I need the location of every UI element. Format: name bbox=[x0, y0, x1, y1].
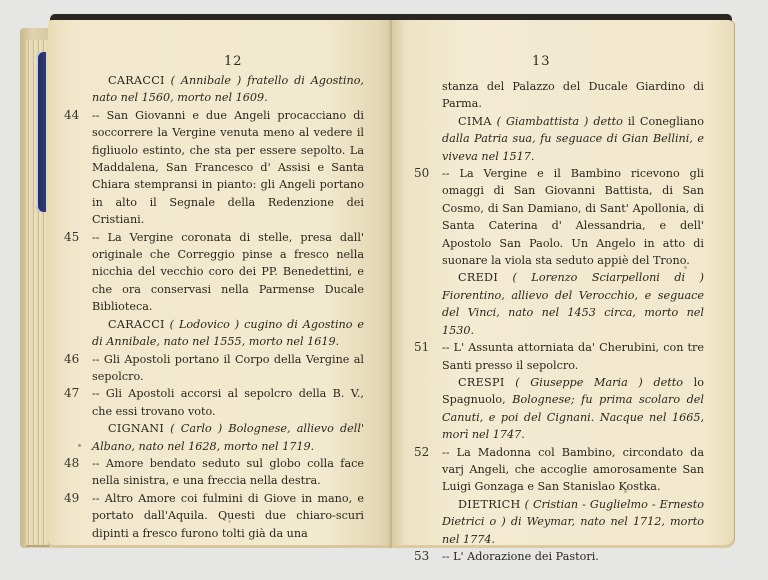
artist-heading: DIETRICH ( Cristian - Guglielmo - Ernest… bbox=[442, 496, 704, 548]
entry-description: -- San Giovanni e due Angeli procacciano… bbox=[92, 109, 364, 226]
catalog-entry: 45-- La Vergine coronata di stelle, pres… bbox=[92, 229, 364, 316]
artist-given-name: ( Annibale ) bbox=[165, 74, 241, 87]
entry-number: 47 bbox=[64, 385, 86, 402]
entry-number: 44 bbox=[64, 107, 86, 124]
artist-heading: CARACCI ( Lodovico ) cugino di Agostino … bbox=[92, 316, 364, 351]
foxing-spot bbox=[624, 490, 627, 493]
artist-name: CIGNANI bbox=[108, 422, 164, 435]
catalog-entry: 51-- L' Assunta attorniata da' Cherubini… bbox=[442, 339, 704, 374]
artist-given-name: ( Giuseppe Maria ) bbox=[505, 376, 643, 389]
continued-text: stanza del Palazzo del Ducale Giardino d… bbox=[442, 78, 704, 113]
catalog-entry: 53-- L' Adorazione dei Pastori. bbox=[442, 548, 704, 565]
artist-given-name: ( Lorenzo Sciarpelloni di ) bbox=[498, 271, 704, 284]
catalog-entry: 52-- La Madonna col Bambino, circondato … bbox=[442, 444, 704, 496]
catalog-entry: 50-- La Vergine e il Bambino ricevono gl… bbox=[442, 165, 704, 269]
foxing-spot bbox=[78, 444, 81, 447]
artist-heading: CIMA ( Giambattista ) detto il Coneglian… bbox=[442, 113, 704, 165]
entry-number: 52 bbox=[414, 444, 436, 461]
entry-description: -- L' Assunta attorniata da' Cherubini, … bbox=[442, 341, 704, 371]
page-text: stanza del Palazzo del Ducale Giardino d… bbox=[442, 78, 704, 565]
artist-given-name: ( Carlo ) bbox=[164, 422, 222, 435]
artist-name: CARACCI bbox=[108, 318, 165, 331]
page-text: CARACCI ( Annibale ) fratello di Agostin… bbox=[92, 72, 364, 542]
foxing-spot bbox=[228, 520, 231, 523]
artist-name: DIETRICH bbox=[458, 498, 521, 511]
foxing-spot bbox=[684, 266, 687, 269]
entry-description: -- L' Adorazione dei Pastori. bbox=[442, 550, 599, 563]
continued-text-body: stanza del Palazzo del Ducale Giardino d… bbox=[442, 80, 704, 110]
catalog-entry: 46-- Gli Apostoli portano il Corpo della… bbox=[92, 351, 364, 386]
open-book: 12 CARACCI ( Annibale ) fratello di Agos… bbox=[0, 0, 768, 580]
catalog-entry: 48-- Amore bendato seduto sul globo coll… bbox=[92, 455, 364, 490]
page-number: 12 bbox=[224, 54, 243, 69]
entry-description: -- Altro Amore coi fulmini di Giove in m… bbox=[92, 492, 364, 540]
entry-number: 45 bbox=[64, 229, 86, 246]
artist-heading: CIGNANI ( Carlo ) Bolognese, allievo del… bbox=[92, 420, 364, 455]
artist-heading: CRESPI ( Giuseppe Maria ) detto lo Spagn… bbox=[442, 374, 704, 444]
entry-number: 48 bbox=[64, 455, 86, 472]
catalog-entry: 47-- Gli Apostoli accorsi al sepolcro de… bbox=[92, 385, 364, 420]
entry-description: -- La Vergine coronata di stelle, presa … bbox=[92, 231, 364, 314]
entry-number: 46 bbox=[64, 351, 86, 368]
artist-name: CARACCI bbox=[108, 74, 165, 87]
entry-number: 53 bbox=[414, 548, 436, 565]
entry-description: -- Gli Apostoli portano il Corpo della V… bbox=[92, 353, 364, 383]
artist-name: CREDI bbox=[458, 271, 498, 284]
entry-description: -- La Madonna col Bambino, circondato da… bbox=[442, 446, 704, 494]
artist-bio: detto bbox=[643, 376, 683, 389]
artist-bio: Fiorentino, allievo del Verocchio, e seg… bbox=[442, 289, 704, 337]
right-page: 13 stanza del Palazzo del Ducale Giardin… bbox=[392, 20, 734, 548]
entry-number: 50 bbox=[414, 165, 436, 182]
entry-description: -- Gli Apostoli accorsi al sepolcro dell… bbox=[92, 387, 364, 417]
artist-given-name: ( Giambattista ) bbox=[492, 115, 589, 128]
artist-bio: detto bbox=[588, 115, 622, 128]
artist-name: CIMA bbox=[458, 115, 492, 128]
left-page: 12 CARACCI ( Annibale ) fratello di Agos… bbox=[48, 20, 392, 548]
catalog-entry: 44-- San Giovanni e due Angeli procaccia… bbox=[92, 107, 364, 229]
artist-name: CRESPI bbox=[458, 376, 505, 389]
artist-heading: CREDI ( Lorenzo Sciarpelloni di ) Fioren… bbox=[442, 269, 704, 339]
entry-number: 51 bbox=[414, 339, 436, 356]
artist-bio: il Conegliano bbox=[623, 115, 704, 128]
page-number: 13 bbox=[532, 54, 551, 69]
entry-description: -- La Vergine e il Bambino ricevono gli … bbox=[442, 167, 704, 267]
entry-number: 49 bbox=[64, 490, 86, 507]
artist-given-name: ( Lodovico ) bbox=[165, 318, 239, 331]
artist-heading: CARACCI ( Annibale ) fratello di Agostin… bbox=[92, 72, 364, 107]
entry-description: -- Amore bendato seduto sul globo colla … bbox=[92, 457, 364, 487]
artist-bio: dalla Patria sua, fu seguace di Gian Bel… bbox=[442, 132, 704, 162]
blue-cover-ornament bbox=[36, 52, 46, 212]
catalog-entry: 49-- Altro Amore coi fulmini di Giove in… bbox=[92, 490, 364, 542]
